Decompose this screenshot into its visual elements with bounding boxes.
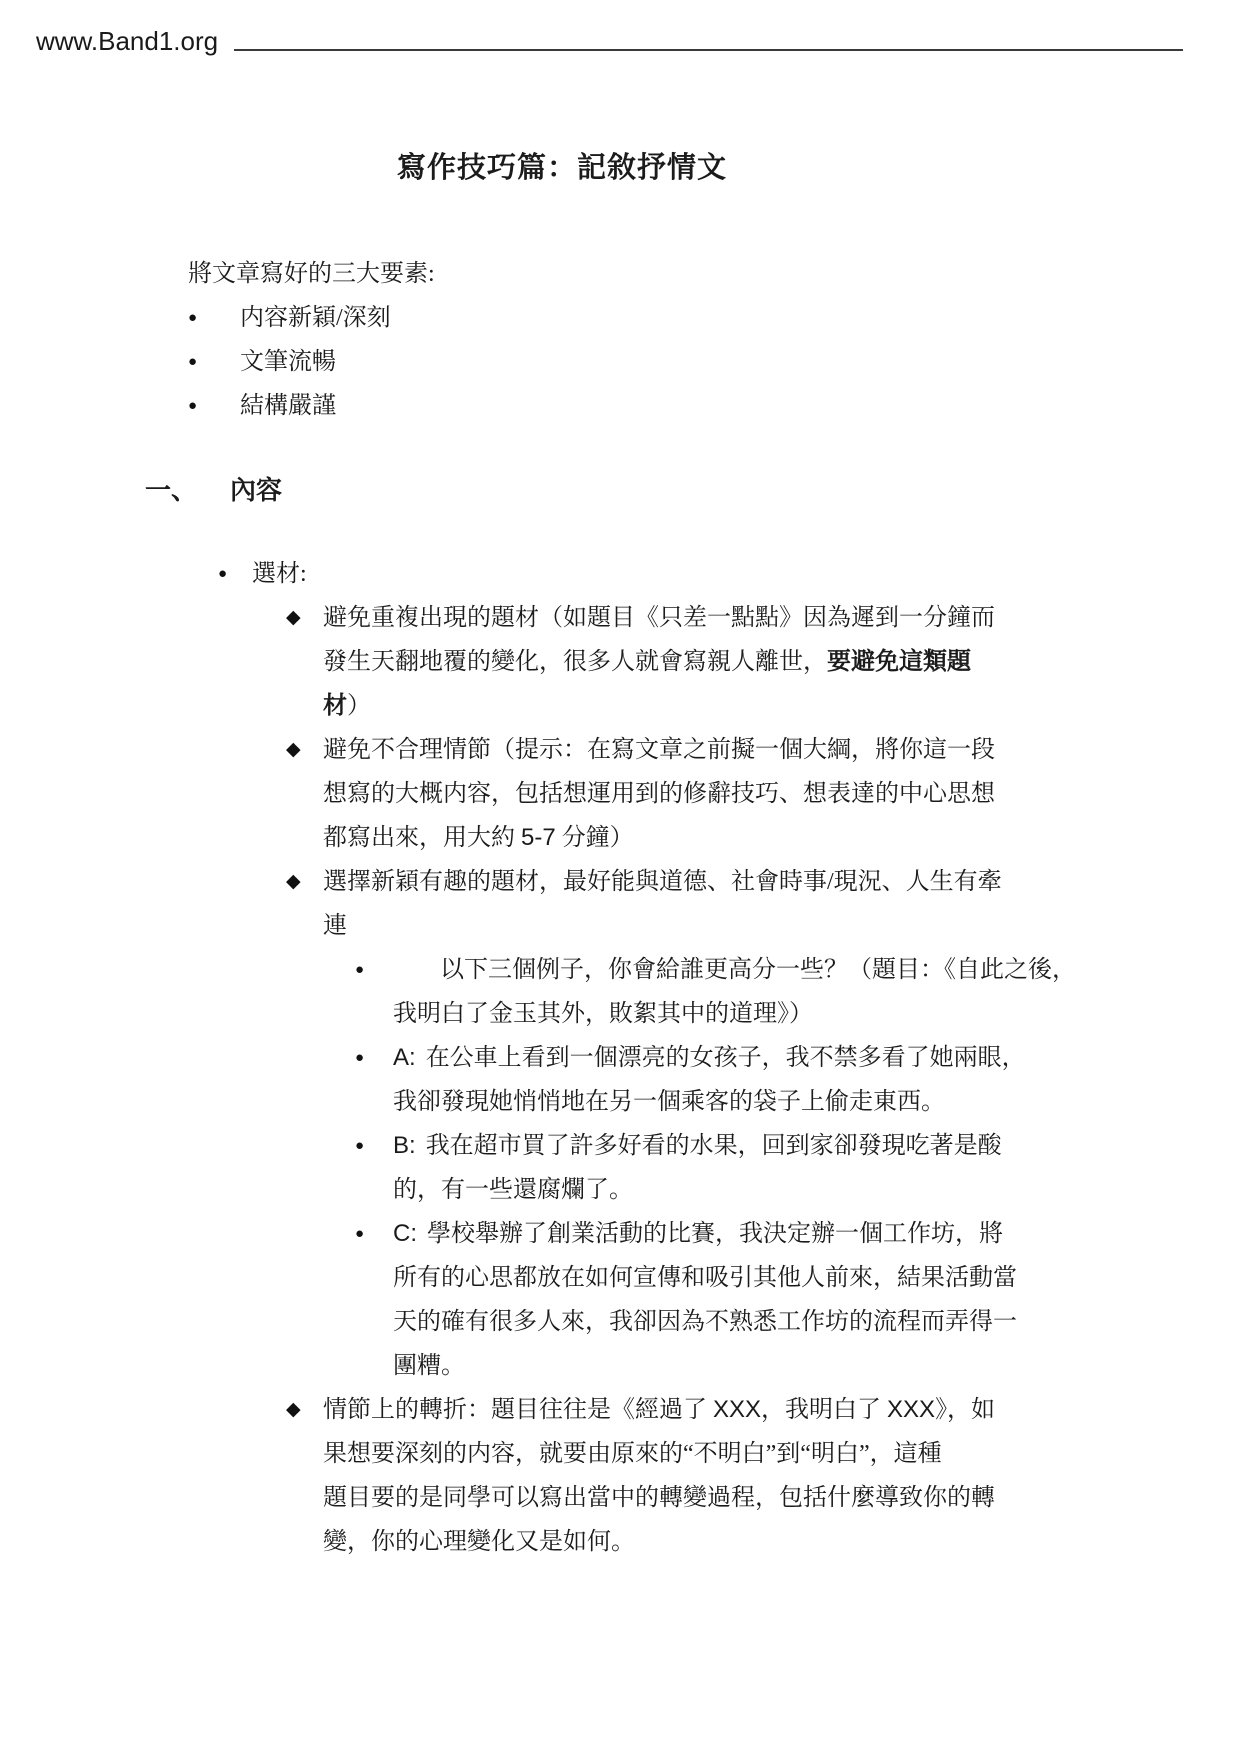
diamond-icon: ◆ bbox=[286, 596, 301, 640]
intro-block: 將文章寫好的三大要素: ● 内容新穎/深刻 ● 文筆流暢 ● 結構嚴謹 bbox=[0, 252, 1240, 428]
paragraph-line: 材） bbox=[323, 684, 1240, 728]
bullet-icon: ● bbox=[188, 384, 197, 428]
text-run: 我卻發現她悄悄地在另一個乘客的袋子上偷走東西。 bbox=[393, 1089, 945, 1115]
list-item-diamond: ◆ 避免不合理情節（提示：在寫文章之前擬一個大綱，將你這一段 想寫的大概内容，包… bbox=[0, 728, 1240, 860]
site-url: www.Band1.org bbox=[36, 24, 218, 58]
doc-title: 寫作技巧篇：記敘抒情文 bbox=[0, 148, 1124, 188]
list-item-diamond: ◆ 選擇新穎有趣的題材，最好能與道德、社會時事/現況、人生有牽 連 bbox=[0, 860, 1240, 948]
text-run-placeholder: XXX bbox=[713, 1396, 761, 1423]
text-run-number: 5-7 bbox=[521, 824, 556, 851]
paragraph-line: 都寫出來，用大約 5-7 分鐘） bbox=[323, 816, 1240, 860]
text-run-placeholder: XXX bbox=[887, 1396, 935, 1423]
list-item-diamond: ◆ 情節上的轉折：題目往往是《經過了 XXX，我明白了 XXX》，如 果想要深刻… bbox=[0, 1388, 1240, 1564]
paragraph-line: 情節上的轉折：題目往往是《經過了 XXX，我明白了 XXX》，如 bbox=[323, 1388, 1240, 1432]
example-label: A: bbox=[393, 1044, 416, 1071]
paragraph-line: 我明白了金玉其外，敗絮其中的道理》） bbox=[393, 992, 1240, 1036]
list-item-circle: ● B:我在超市買了許多好看的水果，回到家卻發現吃著是酸 的，有一些還腐爛了。 bbox=[0, 1124, 1240, 1212]
paragraph-line: 以下三個例子，你會給誰更高分一些？（題目：《自此之後， bbox=[393, 948, 1240, 992]
text-run: 所有的心思都放在如何宣傳和吸引其他人前來，結果活動當 bbox=[393, 1265, 1017, 1291]
bullet-icon: ● bbox=[355, 1212, 364, 1256]
paragraph-line: B:我在超市買了許多好看的水果，回到家卻發現吃著是酸 bbox=[393, 1124, 1240, 1168]
list-item-topic: ● 選材: bbox=[0, 552, 1240, 596]
list-item-circle: ● C:學校舉辦了創業活動的比賽，我決定辦一個工作坊，將 所有的心思都放在如何宣… bbox=[0, 1212, 1240, 1388]
list-item: ● 結構嚴謹 bbox=[0, 384, 1240, 428]
paragraph-line: 連 bbox=[323, 904, 1240, 948]
text-run: 果想要深刻的内容，就要由原來的“不明白”到“明白”，這種 bbox=[323, 1441, 942, 1467]
text-run: ，我明白了 bbox=[761, 1397, 887, 1423]
list-item: ● 内容新穎/深刻 bbox=[0, 296, 1240, 340]
diamond-icon: ◆ bbox=[286, 860, 301, 904]
text-run: 題目要的是同學可以寫出當中的轉變過程，包括什麼導致你的轉 bbox=[323, 1485, 995, 1511]
section-number: 一、 bbox=[145, 470, 230, 510]
text-run: 都寫出來，用大約 bbox=[323, 825, 521, 851]
text-run-bold: 材 bbox=[323, 692, 347, 719]
intro-item-text: 文筆流暢 bbox=[240, 340, 1240, 384]
diamond-icon: ◆ bbox=[286, 728, 301, 772]
text-run: 天的確有很多人來，我卻因為不熟悉工作坊的流程而弄得一 bbox=[393, 1309, 1017, 1335]
text-run: 以下三個例子，你會給誰更高分一些？（題目：《自此之後， bbox=[440, 957, 1076, 983]
paragraph-line: 避免不合理情節（提示：在寫文章之前擬一個大綱，將你這一段 bbox=[323, 728, 1240, 772]
list-item: ● 文筆流暢 bbox=[0, 340, 1240, 384]
text-run: 連 bbox=[323, 913, 347, 939]
text-run: 》，如 bbox=[935, 1397, 995, 1423]
text-run: 想寫的大概内容，包括想運用到的修辭技巧、想表達的中心思想 bbox=[323, 781, 995, 807]
text-run: 的，有一些還腐爛了。 bbox=[393, 1177, 633, 1203]
bullet-icon: ● bbox=[188, 296, 197, 340]
header-rule bbox=[234, 49, 1183, 51]
paragraph-line: 發生天翻地覆的變化，很多人就會寫親人離世，要避免這類題 bbox=[323, 640, 1240, 684]
text-run: 發生天翻地覆的變化，很多人就會寫親人離世， bbox=[323, 649, 827, 675]
intro-item-text: 内容新穎/深刻 bbox=[240, 296, 1240, 340]
list-item-circle: ● 以下三個例子，你會給誰更高分一些？（題目：《自此之後， 我明白了金玉其外，敗… bbox=[0, 948, 1240, 1036]
bullet-icon: ● bbox=[355, 1124, 364, 1168]
intro-item-text: 結構嚴謹 bbox=[240, 384, 1240, 428]
paragraph-line: C:學校舉辦了創業活動的比賽，我決定辦一個工作坊，將 bbox=[393, 1212, 1240, 1256]
text-run-bold: 要避免這類題 bbox=[827, 648, 971, 675]
diamond-icon: ◆ bbox=[286, 1388, 301, 1432]
paragraph-line: 的，有一些還腐爛了。 bbox=[393, 1168, 1240, 1212]
intro-lead: 將文章寫好的三大要素: bbox=[0, 252, 1240, 296]
paragraph-line: 題目要的是同學可以寫出當中的轉變過程，包括什麼導致你的轉 bbox=[323, 1476, 1240, 1520]
text-run: 變，你的心理變化又是如何。 bbox=[323, 1529, 635, 1555]
list-item-diamond: ◆ 避免重複出現的題材（如題目《只差一點點》因為遲到一分鐘而 發生天翻地覆的變化… bbox=[0, 596, 1240, 728]
bullet-icon: ● bbox=[355, 1036, 364, 1080]
text-run: 我在超市買了許多好看的水果，回到家卻發現吃著是酸 bbox=[426, 1133, 1002, 1159]
text-run: 選擇新穎有趣的題材，最好能與道德、社會時事/現況、人生有牽 bbox=[323, 869, 1002, 895]
bullet-icon: ● bbox=[218, 552, 227, 596]
bullet-icon: ● bbox=[188, 340, 197, 384]
text-run: 學校舉辦了創業活動的比賽，我決定辦一個工作坊，將 bbox=[427, 1221, 1003, 1247]
paragraph-line: 想寫的大概内容，包括想運用到的修辭技巧、想表達的中心思想 bbox=[323, 772, 1240, 816]
list-item-circle: ● A:在公車上看到一個漂亮的女孩子，我不禁多看了她兩眼， 我卻發現她悄悄地在另… bbox=[0, 1036, 1240, 1124]
page-header: www.Band1.org bbox=[36, 24, 1183, 58]
text-run: 避免重複出現的題材（如題目《只差一點點》因為遲到一分鐘而 bbox=[323, 605, 995, 631]
example-label: C: bbox=[393, 1220, 417, 1247]
document-page: www.Band1.org 寫作技巧篇：記敘抒情文 將文章寫好的三大要素: ● … bbox=[0, 0, 1240, 1754]
paragraph-line: 變，你的心理變化又是如何。 bbox=[323, 1520, 1240, 1564]
example-label: B: bbox=[393, 1132, 416, 1159]
topic-text: 選材: bbox=[252, 552, 1240, 596]
bullet-icon: ● bbox=[355, 948, 364, 992]
paragraph-line: 避免重複出現的題材（如題目《只差一點點》因為遲到一分鐘而 bbox=[323, 596, 1240, 640]
text-run: 團糟。 bbox=[393, 1353, 465, 1379]
content-list: ● 選材: ◆ 避免重複出現的題材（如題目《只差一點點》因為遲到一分鐘而 發生天… bbox=[0, 552, 1240, 1564]
paragraph-line: 天的確有很多人來，我卻因為不熟悉工作坊的流程而弄得一 bbox=[393, 1300, 1240, 1344]
paragraph-line: 選擇新穎有趣的題材，最好能與道德、社會時事/現況、人生有牽 bbox=[323, 860, 1240, 904]
text-run: 在公車上看到一個漂亮的女孩子，我不禁多看了她兩眼， bbox=[426, 1045, 1026, 1071]
section-title: 內容 bbox=[230, 475, 282, 505]
text-run: 分鐘） bbox=[556, 825, 634, 851]
paragraph-line: 團糟。 bbox=[393, 1344, 1240, 1388]
paragraph-line: 果想要深刻的内容，就要由原來的“不明白”到“明白”，這種 bbox=[323, 1432, 1240, 1476]
paragraph-line: 我卻發現她悄悄地在另一個乘客的袋子上偷走東西。 bbox=[393, 1080, 1240, 1124]
text-run: 避免不合理情節（提示：在寫文章之前擬一個大綱，將你這一段 bbox=[323, 737, 995, 763]
text-run: 情節上的轉折：題目往往是《經過了 bbox=[323, 1397, 713, 1423]
paragraph-line: A:在公車上看到一個漂亮的女孩子，我不禁多看了她兩眼， bbox=[393, 1036, 1240, 1080]
text-run: ） bbox=[347, 693, 371, 719]
text-run: 我明白了金玉其外，敗絮其中的道理》） bbox=[393, 1001, 813, 1027]
paragraph-line: 所有的心思都放在如何宣傳和吸引其他人前來，結果活動當 bbox=[393, 1256, 1240, 1300]
section-heading: 一、內容 bbox=[145, 470, 282, 510]
